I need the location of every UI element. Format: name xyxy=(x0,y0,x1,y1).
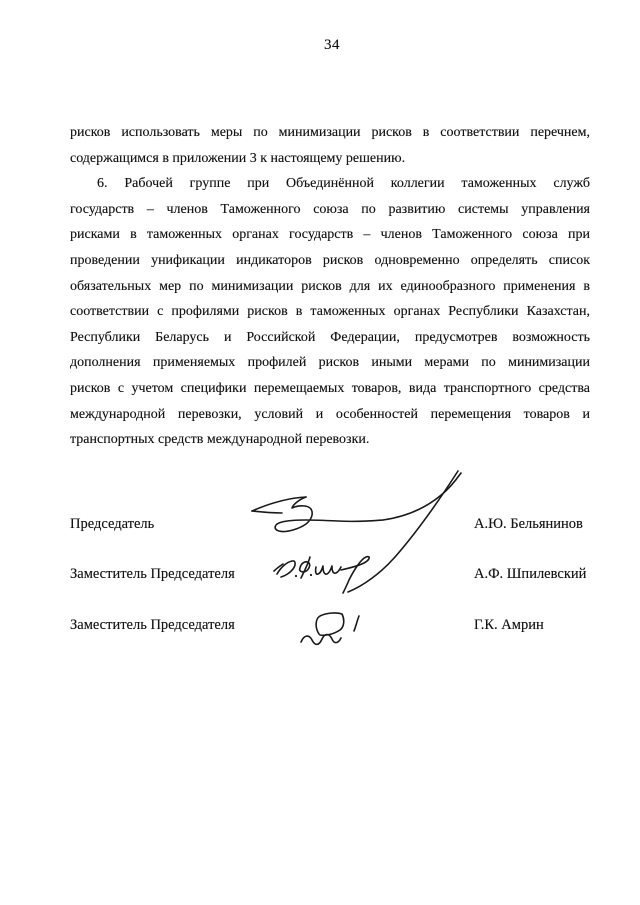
body-text: рисков использовать меры по минимизации … xyxy=(70,120,590,453)
signature-title: Заместитель Председателя xyxy=(70,566,235,583)
signature-title: Председатель xyxy=(70,516,154,533)
signature-row: Заместитель Председателя А.Ф. Шпилевский xyxy=(70,566,600,588)
paragraph-line: обязательных мер по минимизации рисков д… xyxy=(70,274,590,300)
paragraph-line: рисков с учетом специфики перемещаемых т… xyxy=(70,376,590,402)
paragraph-line: содержащимся в приложении 3 к настоящему… xyxy=(70,146,590,172)
paragraph-line: государств – членов Таможенного союза по… xyxy=(70,197,590,223)
paragraph-line: соответствии с профилями рисков в таможе… xyxy=(70,299,590,325)
document-page: 34 рисков использовать меры по минимизац… xyxy=(0,0,640,905)
signature-row: Заместитель Председателя Г.К. Амрин xyxy=(70,617,600,639)
signatory-name: А.Ю. Бельянинов xyxy=(474,516,583,533)
paragraph-line: рисками в таможенных органах государств … xyxy=(70,222,590,248)
paragraph-line: дополнения применяемых профилей рисков и… xyxy=(70,350,590,376)
signatory-name: Г.К. Амрин xyxy=(474,617,544,634)
paragraph-line: международной перевозки, условий и особе… xyxy=(70,402,590,428)
paragraph-line: транспортных средств международной перев… xyxy=(70,427,590,453)
paragraph-line: Республики Беларусь и Российской Федерац… xyxy=(70,325,590,351)
signatory-name: А.Ф. Шпилевский xyxy=(474,566,586,583)
paragraph-line: проведении унификации индикаторов рисков… xyxy=(70,248,590,274)
page-number: 34 xyxy=(24,37,640,54)
signature-title: Заместитель Председателя xyxy=(70,617,235,634)
paragraph-line: 6. Рабочей группе при Объединённой колле… xyxy=(70,171,590,197)
signature-row: Председатель А.Ю. Бельянинов xyxy=(70,516,600,538)
paragraph-line: рисков использовать меры по минимизации … xyxy=(70,120,590,146)
